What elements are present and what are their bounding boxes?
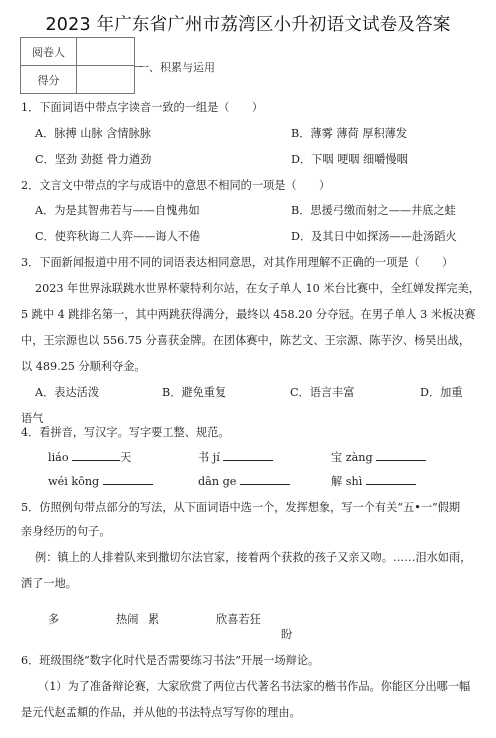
q1-option-b: B．薄雾 薄荷 厚积薄发 (291, 125, 407, 141)
q5-example-line1: 例：镇上的人排着队来到撒切尔法官家，接着两个获救的孩子又亲又吻。……泪水如雨， (35, 549, 471, 565)
q4-item-prompt: 宝 zàng (331, 451, 376, 464)
q6-stem: 6．班级围绕“数字化时代是否需要练习书法”开展一场辩论。 (21, 652, 319, 668)
q4-item-prompt: liáo (48, 451, 72, 464)
answer-blank[interactable] (376, 449, 426, 461)
q1-option-a: A．脉搏 山脉 含情脉脉 (35, 125, 151, 141)
score-table: 阅卷人 得分 (20, 37, 135, 94)
q4-stem: 4．看拼音，写汉字。写字要工整、规范。 (21, 424, 230, 440)
answer-blank[interactable] (223, 449, 273, 461)
q3-option-b: B．避免重复 (162, 384, 226, 400)
q5-word: 盼 (281, 626, 292, 642)
score-row-score: 得分 (21, 66, 135, 94)
q4-item-ji: 书 jí (198, 449, 273, 465)
q4-item-liao: liáo 天 (48, 449, 131, 465)
q3-stem: 3．下面新闻报道中用不同的词语表达相同意思，对其作用理解不正确的一项是（ ） (21, 254, 453, 270)
q4-item-dange: dān ge (198, 473, 290, 488)
q4-item-prompt: 解 shì (331, 475, 366, 488)
q3-passage-line: 2023 年世界泳联跳水世界杯蒙特利尔站，在女子单人 10 米台比赛中，全红婵发… (35, 280, 480, 296)
q3-passage-line: 中，王宗源也以 556.75 分喜获金牌。在团体赛中，陈艺文、王宗源、陈芋汐、杨… (21, 332, 470, 348)
q5-example-line2: 洒了一地。 (21, 575, 77, 591)
q2-option-b: B．思援弓缴而射之——井底之蛙 (291, 202, 456, 218)
q5-stem-line2: 亲身经历的句子。 (21, 523, 111, 539)
q3-option-a: A．表达活泼 (35, 384, 99, 400)
answer-blank[interactable] (72, 449, 120, 461)
q5-word: 欣喜若狂 (216, 611, 261, 627)
answer-blank[interactable] (366, 473, 416, 485)
q3-passage-line: 5 跳中 4 跳排名第一，其中两跳获得满分，最终以 458.20 分夺冠。在男子… (21, 306, 476, 322)
q1-option-d: D．下咽 哽咽 细嚼慢咽 (291, 151, 408, 167)
q4-item-prompt: 书 jí (198, 451, 223, 464)
q4-item-weikong: wéi kōng (48, 473, 153, 488)
q6-sub1-line1: （1）为了准备辩论赛，大家欣赏了两位古代著名书法家的楷书作品。你能区分出哪一幅 (38, 678, 470, 694)
q4-item-prompt: wéi kōng (48, 475, 103, 488)
score-field[interactable] (77, 66, 135, 94)
q5-stem-line1: 5．仿照例句带点部分的写法，从下面词语中选一个，发挥想象，写一个有关“五•一”假… (21, 499, 460, 515)
q2-stem: 2．文言文中带点的字与成语中的意思不相同的一项是（ ） (21, 177, 330, 193)
q2-option-d: D．及其日中如探汤——赴汤蹈火 (291, 228, 457, 244)
score-row-reviewer: 阅卷人 (21, 38, 135, 66)
q1-stem: 1．下面词语中带点字读音一致的一组是（ ） (21, 99, 263, 115)
answer-blank[interactable] (103, 473, 153, 485)
reviewer-field[interactable] (77, 38, 135, 66)
q3-option-d: D．加重 (420, 384, 463, 400)
q5-word: 累 (148, 611, 159, 627)
q2-option-a: A．为是其智弗若与——自愧弗如 (35, 202, 200, 218)
q4-item-zang: 宝 zàng (331, 449, 426, 465)
q6-sub1-line2: 是元代赵孟頫的作品，并从他的书法特点写写你的理由。 (21, 704, 301, 720)
score-label: 得分 (21, 66, 77, 94)
q4-item-shi: 解 shì (331, 473, 416, 489)
answer-blank[interactable] (240, 473, 290, 485)
q3-option-c: C．语言丰富 (290, 384, 355, 400)
page-title: 2023 年广东省广州市荔湾区小升初语文试卷及答案 (0, 11, 496, 36)
q1-option-c: C．坚劲 劲挺 骨力遒劲 (35, 151, 151, 167)
reviewer-label: 阅卷人 (21, 38, 77, 66)
q2-option-c: C．使弈秋诲二人弈——诲人不倦 (35, 228, 200, 244)
q4-item-suffix: 天 (120, 451, 131, 464)
q5-word: 热闹 (116, 611, 138, 627)
q3-passage-line: 以 489.25 分顺利夺金。 (21, 358, 146, 374)
section-heading: 一、积累与运用 (138, 59, 215, 75)
q4-item-prompt: dān ge (198, 475, 240, 488)
q5-word: 多 (48, 611, 59, 627)
